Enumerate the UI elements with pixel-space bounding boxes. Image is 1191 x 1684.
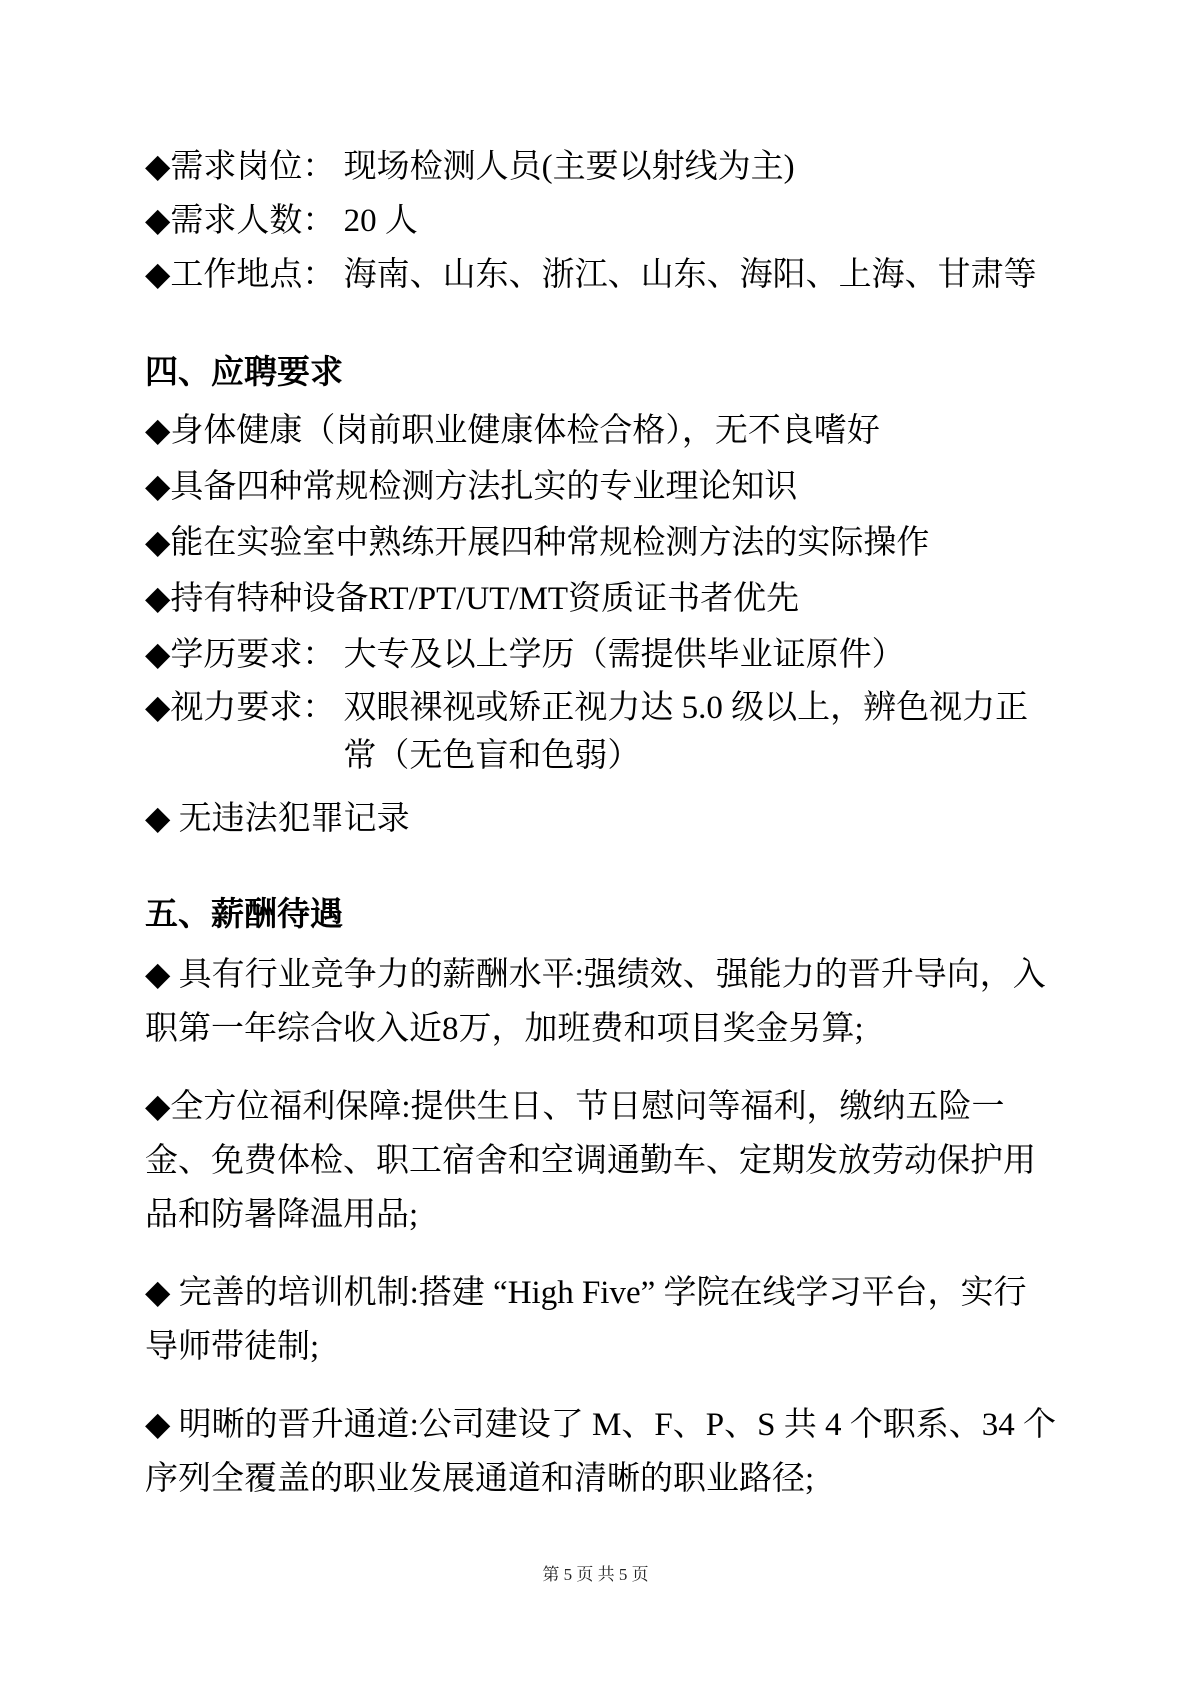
section-heading-compensation: 五、薪酬待遇 — [145, 888, 1057, 942]
bullet-item-no-criminal-record: ◆ 无违法犯罪记录 — [145, 792, 1057, 846]
paragraph-training: ◆ 完善的培训机制:搭建 “High Five” 学院在线学习平台，实行导师带徒… — [145, 1266, 1057, 1374]
paragraph-salary: ◆ 具有行业竞争力的薪酬水平:强绩效、强能力的晋升导向，入职第一年综合收入近8万… — [145, 948, 1057, 1056]
requirements-list: ◆身体健康（岗前职业健康体检合格），无不良嗜好 ◆具备四种常规检测方法扎实的专业… — [145, 404, 1057, 846]
section-heading-requirements: 四、应聘要求 — [145, 346, 1057, 400]
document-content: ◆需求岗位： 现场检测人员(主要以射线为主) ◆需求人数： 20 人 ◆工作地点… — [145, 140, 1057, 1506]
bullet-item-headcount: ◆需求人数： 20 人 — [145, 194, 1057, 248]
bullet-item-certificates: ◆持有特种设备RT/PT/UT/MT资质证书者优先 — [145, 572, 1057, 626]
bullet-item-locations: ◆工作地点： 海南、山东、浙江、山东、海阳、上海、甘肃等 — [145, 248, 1057, 302]
paragraph-welfare: ◆全方位福利保障:提供生日、节日慰问等福利，缴纳五险一金、免费体检、职工宿舍和空… — [145, 1080, 1057, 1242]
bullet-item-theory: ◆具备四种常规检测方法扎实的专业理论知识 — [145, 460, 1057, 514]
bullet-item-position: ◆需求岗位： 现场检测人员(主要以射线为主) — [145, 140, 1057, 194]
vision-text: 双眼裸视或矫正视力达 5.0 级以上，辨色视力正常（无色盲和色弱） — [343, 684, 1057, 780]
bullet-item-education: ◆学历要求： 大专及以上学历（需提供毕业证原件） — [145, 628, 1057, 682]
document-page: ◆需求岗位： 现场检测人员(主要以射线为主) ◆需求人数： 20 人 ◆工作地点… — [0, 0, 1191, 1684]
bullet-item-lab-skill: ◆能在实验室中熟练开展四种常规检测方法的实际操作 — [145, 516, 1057, 570]
vision-label: ◆视力要求： — [145, 684, 343, 732]
bullet-item-vision: ◆视力要求： 双眼裸视或矫正视力达 5.0 级以上，辨色视力正常（无色盲和色弱） — [145, 684, 1057, 780]
page-number: 第 5 页 共 5 页 — [0, 1563, 1191, 1587]
compensation-list: ◆ 具有行业竞争力的薪酬水平:强绩效、强能力的晋升导向，入职第一年综合收入近8万… — [145, 948, 1057, 1506]
bullet-item-health: ◆身体健康（岗前职业健康体检合格），无不良嗜好 — [145, 404, 1057, 458]
demand-info-list: ◆需求岗位： 现场检测人员(主要以射线为主) ◆需求人数： 20 人 ◆工作地点… — [145, 140, 1057, 302]
paragraph-promotion: ◆ 明晰的晋升通道:公司建设了 M、F、P、S 共 4 个职系、34 个序列全覆… — [145, 1398, 1057, 1506]
